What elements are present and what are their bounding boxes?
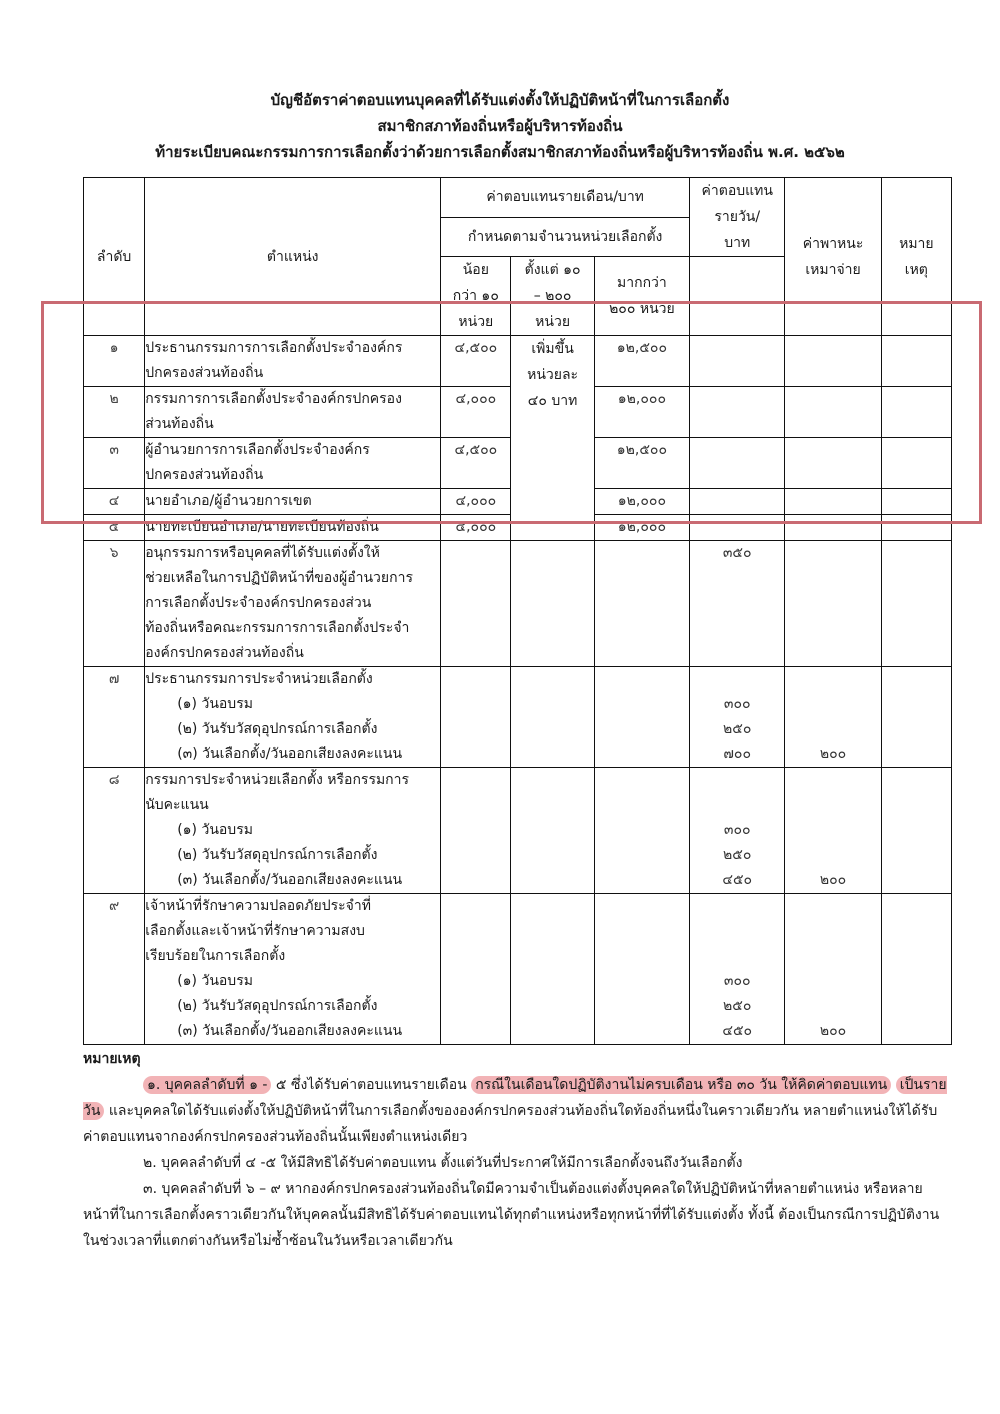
- row-over-200: ๑๒,๐๐๐: [594, 387, 689, 438]
- header-remark: หมายเหตุ: [881, 178, 951, 336]
- header-daily: ค่าตอบแทนรายวัน/บาท: [690, 178, 785, 257]
- table-row: ๖ อนุกรรมการหรือบุคคลที่ได้รับแต่งตั้งให…: [84, 541, 952, 667]
- header-over-200: มากกว่า๒๐๐ หน่วย: [594, 257, 689, 336]
- table-row: ๑ ประธานกรรมการการเลือกตั้งประจำองค์กรปก…: [84, 336, 952, 387]
- row-position: ผู้อำนวยการการเลือกตั้งประจำองค์กรปกครอง…: [145, 438, 441, 489]
- note-1-highlight-b: กรณีในเดือนใดปฏิบัติงานไม่ครบเดือน หรือ …: [471, 1076, 891, 1094]
- row-no: ๖: [84, 541, 145, 667]
- document-title: บัญชีอัตราค่าตอบแทนบุคคลที่ได้รับแต่งตั้…: [0, 88, 1000, 112]
- document-subtitle: สมาชิกสภาท้องถิ่นหรือผู้บริหารท้องถิ่น: [0, 114, 1000, 138]
- note-3: ๓. บุคคลลำดับที่ ๖ – ๙ หากองค์กรปกครองส่…: [83, 1176, 953, 1254]
- row-no: ๑: [84, 336, 145, 387]
- notes-heading: หมายเหตุ: [83, 1046, 953, 1072]
- table-row: ๙ เจ้าหน้าที่รักษาความปลอดภัยประจำที่เลื…: [84, 894, 952, 1045]
- rates-table: ลำดับ ตำแหน่ง ค่าตอบแทนรายเดือน/บาท ค่าต…: [83, 177, 952, 1045]
- row-position: ประธานกรรมการการเลือกตั้งประจำองค์กรปกคร…: [145, 336, 441, 387]
- header-allowance: ค่าพาหนะเหมาจ่าย: [785, 178, 881, 336]
- row-over-200: ๑๒,๐๐๐: [594, 515, 689, 541]
- note-2: ๒. บุคคลลำดับที่ ๔ -๕ ให้มีสิทธิได้รับค่…: [83, 1150, 953, 1176]
- row-allowance: ๒๐๐: [785, 667, 881, 768]
- row-no: ๔: [84, 489, 145, 515]
- note-1-highlight-a: ๑. บุคคลลำดับที่ ๑ -: [143, 1076, 271, 1094]
- row-position: ประธานกรรมการประจำหน่วยเลือกตั้ง(๑) วันอ…: [145, 667, 441, 768]
- row-under-10: ๔,๐๐๐: [441, 489, 511, 515]
- row-daily: ๓๐๐๒๕๐๗๐๐: [690, 667, 785, 768]
- row-under-10: ๔,๕๐๐: [441, 336, 511, 387]
- row-under-10: ๔,๐๐๐: [441, 515, 511, 541]
- row-no: ๙: [84, 894, 145, 1045]
- header-10-200: ตั้งแต่ ๑๐– ๒๐๐หน่วย: [511, 257, 594, 336]
- row-over-200: ๑๒,๐๐๐: [594, 489, 689, 515]
- document-reference: ท้ายระเบียบคณะกรรมการการเลือกตั้งว่าด้วย…: [0, 140, 1000, 164]
- row-position: กรรมการการเลือกตั้งประจำองค์กรปกครองส่วน…: [145, 387, 441, 438]
- header-position: ตำแหน่ง: [145, 178, 441, 336]
- note-1: ๑. บุคคลลำดับที่ ๑ - ๕ ซึ่งได้รับค่าตอบแ…: [83, 1072, 953, 1150]
- header-no: ลำดับ: [84, 178, 145, 336]
- header-monthly: ค่าตอบแทนรายเดือน/บาท: [441, 178, 690, 218]
- row-no: ๓: [84, 438, 145, 489]
- row-under-10: ๔,๕๐๐: [441, 438, 511, 489]
- row-over-200: ๑๒,๕๐๐: [594, 336, 689, 387]
- row-daily: ๓๕๐: [690, 541, 785, 667]
- row-no: ๗: [84, 667, 145, 768]
- row-no: ๘: [84, 768, 145, 894]
- table-row: ๘ กรรมการประจำหน่วยเลือกตั้ง หรือกรรมการ…: [84, 768, 952, 894]
- row-position: เจ้าหน้าที่รักษาความปลอดภัยประจำที่เลือก…: [145, 894, 441, 1045]
- row-over-200: ๑๒,๕๐๐: [594, 438, 689, 489]
- table-row: ๗ ประธานกรรมการประจำหน่วยเลือกตั้ง(๑) วั…: [84, 667, 952, 768]
- row-position: อนุกรรมการหรือบุคคลที่ได้รับแต่งตั้งให้ช…: [145, 541, 441, 667]
- header-by-units: กำหนดตามจำนวนหน่วยเลือกตั้ง: [441, 217, 690, 257]
- row-no: ๕: [84, 515, 145, 541]
- row-position: กรรมการประจำหน่วยเลือกตั้ง หรือกรรมการนั…: [145, 768, 441, 894]
- increment-note: เพิ่มขึ้นหน่วยละ๔๐ บาท: [511, 336, 594, 541]
- notes-section: หมายเหตุ ๑. บุคคลลำดับที่ ๑ - ๕ ซึ่งได้ร…: [83, 1046, 953, 1254]
- row-allowance: ๒๐๐: [785, 768, 881, 894]
- row-allowance: [785, 541, 881, 667]
- row-no: ๒: [84, 387, 145, 438]
- row-daily: ๓๐๐๒๕๐๔๕๐: [690, 894, 785, 1045]
- row-position: นายอำเภอ/ผู้อำนวยการเขต: [145, 489, 441, 515]
- row-under-10: ๔,๐๐๐: [441, 387, 511, 438]
- row-position: นายทะเบียนอำเภอ/นายทะเบียนท้องถิ่น: [145, 515, 441, 541]
- row-allowance: ๒๐๐: [785, 894, 881, 1045]
- row-daily: ๓๐๐๒๕๐๔๕๐: [690, 768, 785, 894]
- header-under-10: น้อยกว่า ๑๐หน่วย: [441, 257, 511, 336]
